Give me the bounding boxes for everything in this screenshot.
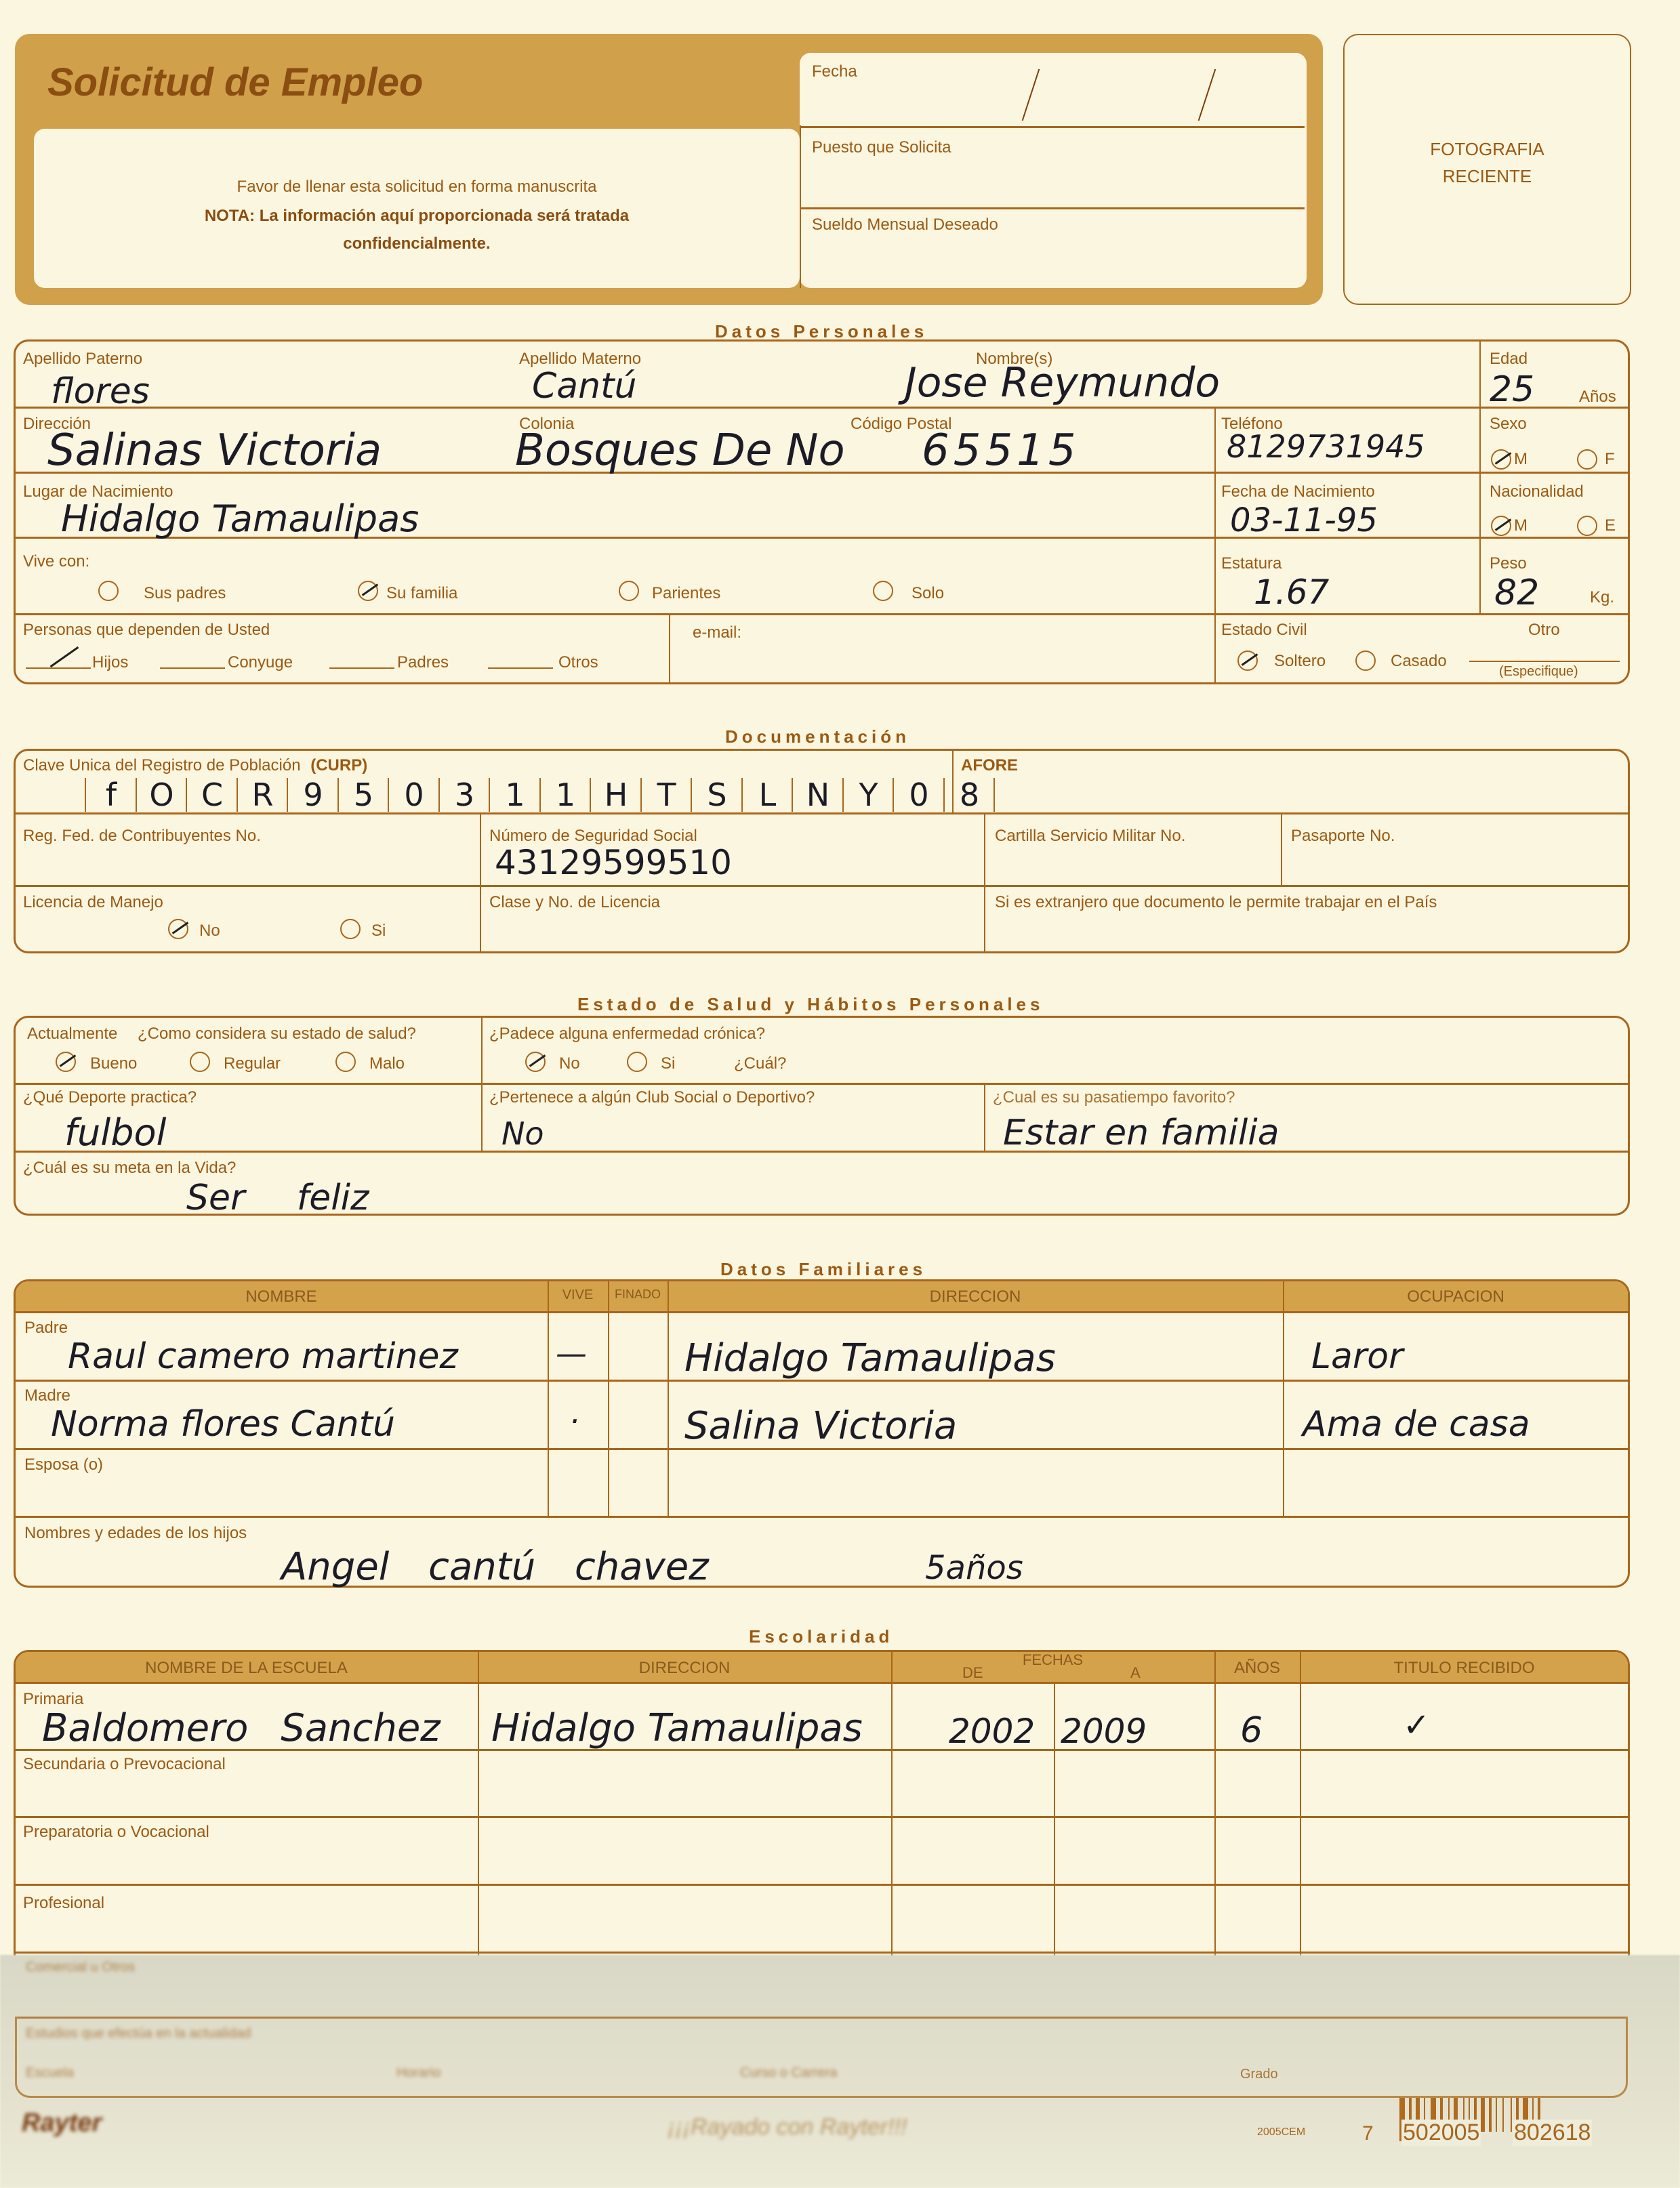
vive-con-option: Solo [911, 584, 944, 603]
form-title: Solicitud de Empleo [47, 60, 423, 105]
curp-char-cell[interactable]: Y [842, 778, 894, 812]
estatura-value[interactable]: 1.67 [1254, 573, 1329, 612]
primaria-escuela[interactable]: Baldomero Sanchez [42, 1706, 441, 1750]
primaria-a[interactable]: 2009 [1061, 1712, 1147, 1751]
col-header-anos: AÑOS [1214, 1659, 1300, 1678]
dependientes-option: Padres [397, 653, 449, 672]
apellido-materno-value[interactable]: Cantú [532, 366, 636, 407]
apellido-paterno-value[interactable]: flores [51, 371, 150, 412]
hijos-nombre[interactable]: Angel cantú chavez [281, 1545, 709, 1589]
divider [669, 613, 670, 683]
licencia-label: Licencia de Manejo [23, 893, 163, 912]
lugar-nacimiento-value[interactable]: Hidalgo Tamaulipas [61, 497, 419, 540]
divider [984, 812, 985, 952]
apellido-paterno-label: Apellido Paterno [23, 350, 142, 369]
especifique-label: (Especifique) [1499, 664, 1578, 680]
curp-char-cell[interactable]: 0 [388, 778, 439, 812]
vive-con-radio-sus-padres[interactable] [98, 581, 119, 601]
escuela-label: Escuela [26, 2065, 74, 2081]
sexo-label: Sexo [1490, 415, 1527, 434]
escolaridad-box-bottom [15, 2017, 1628, 2098]
afore-label: AFORE [961, 756, 1018, 775]
rfc-label: Reg. Fed. de Contribuyentes No. [23, 827, 261, 846]
dependientes-blank-conyuge[interactable] [160, 667, 225, 669]
nss-value[interactable]: 43129599510 [495, 843, 732, 882]
divider [608, 1281, 609, 1516]
divider [1283, 1281, 1284, 1516]
salud-radio-regular[interactable] [190, 1052, 210, 1072]
padre-ocupacion[interactable]: Laror [1311, 1336, 1403, 1377]
nivel-label-secundaria: Secundaria o Prevocacional [23, 1755, 226, 1774]
puesto-label: Puesto que Solicita [812, 138, 951, 157]
direccion-value[interactable]: Salinas Victoria [47, 426, 382, 476]
col-header-finado: FINADO [608, 1287, 668, 1302]
divider [15, 1682, 1628, 1684]
codigo-postal-value[interactable]: 65515 [922, 426, 1080, 476]
salud-option: Regular [224, 1054, 281, 1073]
curp-char-cell[interactable]: O [136, 778, 187, 812]
madre-vive[interactable]: · [569, 1403, 579, 1439]
licencia-radio-no[interactable] [168, 919, 188, 939]
dependientes-option: Otros [558, 653, 598, 672]
padre-label: Padre [24, 1319, 68, 1338]
vive-con-option: Parientes [652, 584, 720, 603]
primaria-de[interactable]: 2002 [949, 1712, 1035, 1751]
sexo-option-m: M [1514, 450, 1528, 469]
sexo-option-f: F [1605, 450, 1615, 469]
puesto-field[interactable] [806, 163, 1301, 203]
estado-civil-radio-soltero[interactable] [1237, 651, 1258, 671]
cronica-radio-no[interactable] [525, 1052, 546, 1072]
brand-logo: Rayter [22, 2109, 102, 2138]
profesional-escuela[interactable] [20, 1914, 474, 1948]
horario-label: Horario [396, 2065, 441, 2081]
col-header-a: A [1130, 1664, 1141, 1682]
licencia-option-si: Si [371, 922, 386, 941]
dependientes-blank-hijos[interactable] [26, 667, 91, 669]
licencia-radio-si[interactable] [340, 919, 361, 939]
esposa-label: Esposa (o) [24, 1456, 103, 1474]
divider [984, 1083, 985, 1151]
pasatiempo-label: ¿Cual es su pasatiempo favorito? [993, 1088, 1235, 1107]
col-header-ocupacion: OCUPACION [1283, 1287, 1628, 1306]
barcode-bar [1481, 2098, 1485, 2132]
extranjero-label: Si es extranjero que documento le permit… [995, 893, 1437, 912]
barcode-digits-left: 502005 [1401, 2120, 1481, 2146]
pasatiempo-value[interactable]: Estar en familia [1003, 1113, 1279, 1153]
estado-salud-label-b: ¿Como considera su estado de salud? [138, 1025, 416, 1044]
barcode-bar [1489, 2098, 1492, 2132]
comercial-label: Comercial u Otros [26, 1960, 135, 1975]
peso-unit: Kg. [1590, 588, 1614, 607]
club-value[interactable]: No [501, 1115, 544, 1152]
afore-field[interactable] [959, 779, 1623, 810]
curp-char-cell[interactable]: f [85, 778, 136, 812]
curp-char-cell[interactable]: 5 [337, 778, 389, 812]
photo-label-2: RECIENTE [1343, 166, 1631, 187]
curp-char-cell[interactable]: 9 [287, 778, 338, 812]
vive-con-option: Su familia [386, 584, 457, 603]
edad-value[interactable]: 25 [1490, 369, 1534, 410]
col-header-direccion: DIRECCION [668, 1287, 1283, 1306]
barcode-bar [1502, 2098, 1504, 2132]
estado-civil-label: Estado Civil [1221, 621, 1307, 640]
email-label: e-mail: [693, 623, 741, 642]
peso-value[interactable]: 82 [1494, 573, 1539, 613]
madre-label: Madre [24, 1386, 70, 1405]
curp-char-cell[interactable]: 1 [539, 778, 591, 812]
col-header-vive: VIVE [548, 1287, 608, 1303]
curp-char-cell[interactable]: H [590, 778, 641, 812]
peso-label: Peso [1490, 554, 1527, 573]
dependientes-blank-padres[interactable] [329, 667, 394, 669]
curp-char-cell[interactable]: 0 [893, 778, 944, 812]
estado-civil-otro-label: Otro [1528, 621, 1560, 640]
divider [15, 1083, 1628, 1085]
curp-char-cell[interactable]: S [691, 778, 742, 812]
dependientes-blank-otros[interactable] [488, 667, 553, 669]
curp-char-cell[interactable]: 1 [489, 778, 540, 812]
note-text: NOTA: La información aquí proporcionada … [34, 207, 800, 226]
estado-civil-otro-field[interactable] [1469, 661, 1620, 662]
barcode-bar [1511, 2098, 1512, 2132]
curp-char-cell[interactable]: T [640, 778, 692, 812]
deporte-value[interactable]: fulbol [64, 1111, 167, 1154]
edad-label: Edad [1490, 350, 1528, 369]
preparatoria-direccion[interactable] [483, 1846, 888, 1880]
vive-con-radio-solo[interactable] [873, 581, 893, 601]
esposa-nombre[interactable] [20, 1477, 542, 1511]
curp-char-cell[interactable]: R [237, 778, 288, 812]
nacionalidad-radio-m[interactable] [1491, 516, 1511, 536]
fecha-nacimiento-label: Fecha de Nacimiento [1221, 482, 1375, 501]
pasaporte-label: Pasaporte No. [1291, 827, 1395, 846]
dependientes-option: Hijos [92, 653, 128, 672]
divider [668, 1281, 669, 1516]
section-title-salud: Estado de Salud y Hábitos Personales [577, 994, 1044, 1015]
madre-nombre[interactable]: Norma flores Cantú [51, 1404, 395, 1445]
brand-slogan: ¡¡¡Rayado con Rayter!!! [668, 2114, 907, 2141]
padre-finado[interactable] [610, 1318, 665, 1378]
divider [1479, 341, 1481, 613]
clase-licencia-field[interactable] [485, 915, 979, 949]
curp-char-cell[interactable]: 3 [438, 778, 490, 812]
section-title-documentacion: Documentación [725, 726, 910, 747]
primaria-direccion[interactable]: Hidalgo Tamaulipas [491, 1706, 863, 1750]
estudios-label: Estudios que efectúa en la actualidad [26, 2026, 251, 2042]
barcode-bar [1496, 2098, 1497, 2132]
nivel-label-profesional: Profesional [23, 1894, 104, 1913]
curp-char-cell[interactable]: N [792, 778, 843, 812]
hijos-label: Nombres y edades de los hijos [24, 1524, 247, 1543]
divider [480, 812, 481, 952]
email-field[interactable] [678, 644, 1206, 678]
divider [548, 1281, 549, 1516]
cronica-cual-label: ¿Cuál? [734, 1054, 786, 1073]
barcode-digits-right: 802618 [1513, 2120, 1592, 2146]
edad-unit: Años [1579, 388, 1616, 407]
meta-value[interactable]: Ser feliz [186, 1178, 369, 1218]
grado-label: Grado [1240, 2067, 1278, 2082]
fecha-field[interactable] [840, 68, 1301, 122]
sexo-radio-f[interactable] [1577, 449, 1597, 470]
nombres-value[interactable]: Jose Reymundo [905, 359, 1220, 407]
cartilla-field[interactable] [989, 847, 1274, 881]
cronica-radio-si[interactable] [627, 1052, 647, 1072]
fecha-nacimiento-value[interactable]: 03-11-95 [1230, 501, 1378, 539]
secundaria-direccion[interactable] [483, 1779, 888, 1813]
nivel-label-preparatoria: Preparatoria o Vocacional [23, 1823, 209, 1842]
col-header-de: DE [962, 1664, 983, 1682]
curp-label-bold: (CURP) [310, 756, 367, 775]
madre-finado[interactable] [610, 1386, 665, 1445]
photo-label: FOTOGRAFIA [1343, 139, 1631, 160]
divider [15, 613, 1628, 615]
col-header-nombre: NOMBRE [15, 1287, 548, 1306]
padre-direccion[interactable]: Hidalgo Tamaulipas [684, 1336, 1056, 1380]
nacionalidad-option-e: E [1605, 516, 1616, 535]
curp-label-text: Clave Unica del Registro de Población [23, 756, 301, 775]
vive-con-label: Vive con: [23, 552, 89, 571]
club-label: ¿Pertenece a algún Club Social o Deporti… [489, 1088, 815, 1107]
divider [15, 1884, 1628, 1886]
salud-option: Bueno [90, 1054, 137, 1073]
divider [15, 407, 1628, 409]
esposa-direccion[interactable] [674, 1477, 1277, 1511]
sueldo-label: Sueldo Mensual Deseado [812, 215, 998, 234]
vive-con-option: Sus padres [144, 584, 226, 603]
telefono-value[interactable]: 8129731945 [1227, 428, 1425, 465]
curp-label: Clave Unica del Registro de Población (C… [23, 756, 367, 775]
estado-civil-option: Soltero [1274, 652, 1326, 671]
rfc-field[interactable] [20, 847, 474, 881]
cronica-label: ¿Padece alguna enfermedad crónica? [489, 1025, 765, 1044]
salud-option: Malo [369, 1054, 405, 1073]
cartilla-label: Cartilla Servicio Militar No. [995, 827, 1185, 846]
divider [15, 1311, 1628, 1313]
estatura-label: Estatura [1221, 554, 1282, 573]
divider [800, 125, 801, 288]
divider [800, 207, 1305, 209]
curso-label: Curso o Carrera [740, 2065, 837, 2081]
salud-radio-bueno[interactable] [56, 1052, 76, 1072]
nacionalidad-label: Nacionalidad [1490, 482, 1584, 501]
primaria-anos[interactable]: 6 [1240, 1710, 1263, 1751]
pasaporte-field[interactable] [1288, 847, 1620, 881]
divider [15, 885, 1628, 887]
instruction-text: Favor de llenar esta solicitud en forma … [34, 178, 800, 197]
divider [15, 1448, 1628, 1450]
curp-char-cell[interactable]: C [186, 778, 237, 812]
divider [481, 1017, 483, 1151]
note-text-2: confidencialmente. [34, 234, 800, 253]
vive-con-radio-parientes[interactable] [619, 581, 639, 601]
nacionalidad-option-m: M [1514, 516, 1528, 535]
divider [15, 1816, 1628, 1818]
colonia-value[interactable]: Bosques De No [515, 426, 845, 476]
section-title-escolaridad: Escolaridad [749, 1626, 893, 1647]
esposa-ocupacion[interactable] [1288, 1477, 1623, 1511]
divider [800, 126, 1305, 128]
barcode-digit-lead: 7 [1362, 2122, 1374, 2145]
divider [1214, 407, 1216, 683]
salud-radio-malo[interactable] [335, 1052, 356, 1072]
estado-civil-radio-casado[interactable] [1355, 651, 1376, 671]
madre-ocupacion[interactable]: Ama de casa [1303, 1404, 1530, 1445]
divider [15, 1952, 1628, 1954]
extranjero-field[interactable] [989, 915, 1620, 949]
primaria-titulo[interactable]: ✓ [1403, 1706, 1430, 1744]
dependientes-option: Conyuge [228, 653, 293, 672]
divider [15, 1151, 1628, 1153]
cronica-option-no: No [559, 1054, 580, 1073]
hijos-edad[interactable]: 5años [925, 1549, 1023, 1587]
section-title-familiares: Datos Familiares [720, 1259, 926, 1280]
meta-label: ¿Cuál es su meta en la Vida? [23, 1159, 236, 1178]
estado-civil-option: Casado [1391, 652, 1447, 671]
vive-con-radio-su-familia[interactable] [358, 581, 378, 601]
col-header-titulo: TITULO RECIBIDO [1300, 1659, 1628, 1678]
padre-nombre[interactable]: Raul camero martinez [68, 1336, 458, 1377]
cronica-option-si: Si [661, 1054, 675, 1073]
col-header-escuela: NOMBRE DE LA ESCUELA [15, 1659, 478, 1678]
curp-char-cell[interactable]: L [741, 778, 793, 812]
form-code: 2005CEM [1257, 2126, 1305, 2139]
col-header-fechas: FECHAS [891, 1651, 1214, 1669]
col-header-direccion: DIRECCION [478, 1659, 891, 1678]
padre-vive[interactable]: — [556, 1335, 587, 1371]
divider [15, 1516, 1628, 1518]
sexo-radio-m[interactable] [1491, 449, 1511, 470]
madre-direccion[interactable]: Salina Victoria [684, 1404, 957, 1448]
licencia-option-no: No [199, 922, 220, 941]
estado-salud-label-a: Actualmente [27, 1025, 117, 1044]
preparatoria-escuela[interactable] [20, 1846, 474, 1880]
sueldo-field[interactable] [806, 237, 1301, 278]
divider [1281, 812, 1282, 885]
deporte-label: ¿Qué Deporte practica? [23, 1088, 197, 1107]
nacionalidad-radio-e[interactable] [1577, 516, 1597, 536]
profesional-direccion[interactable] [483, 1914, 888, 1948]
dependientes-label: Personas que dependen de Usted [23, 621, 270, 640]
clase-licencia-label: Clase y No. de Licencia [489, 893, 660, 912]
secundaria-escuela[interactable] [20, 1779, 474, 1813]
